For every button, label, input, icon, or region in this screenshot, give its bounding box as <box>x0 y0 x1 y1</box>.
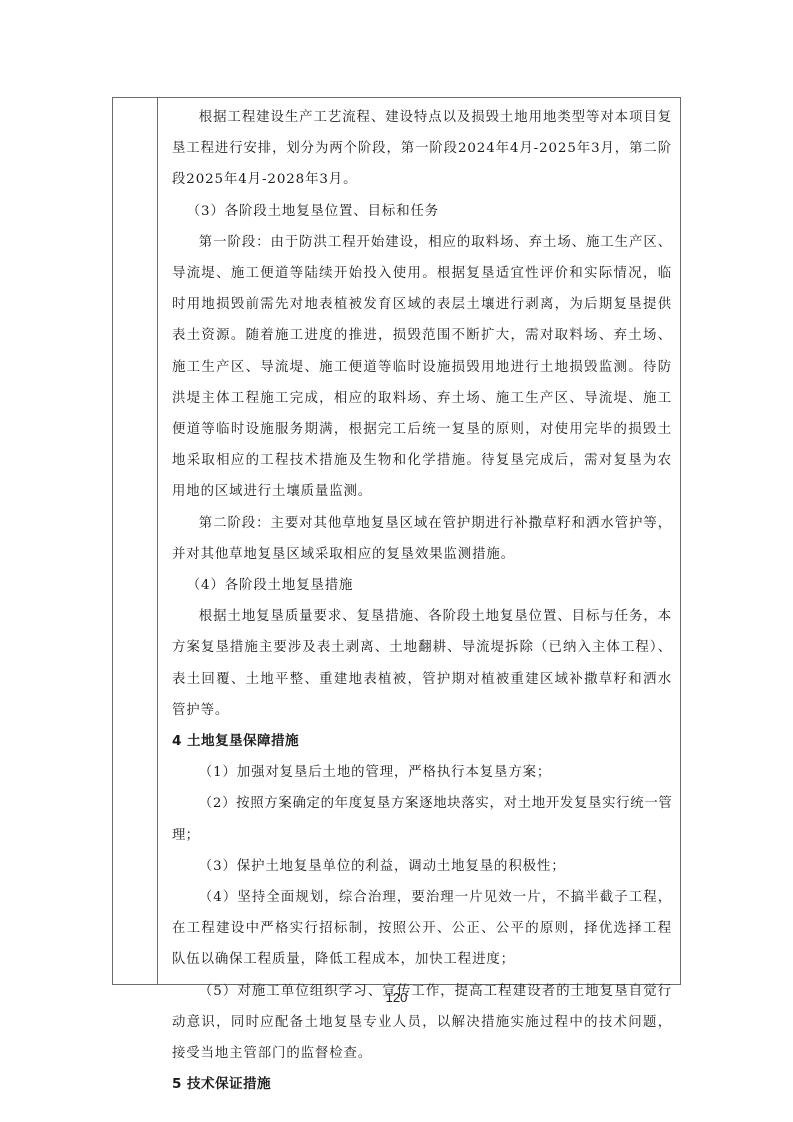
list-item-guarantee-2: （2）按照方案确定的年度复垦方案逐地块落实，对土地开发复垦实行统一管理； <box>172 788 672 850</box>
table-label-column <box>113 98 158 984</box>
paragraph-measures: 根据土地复垦质量要求、复垦措施、各阶段土地复垦位置、目标与任务，本方案复垦措施主… <box>172 601 672 726</box>
document-table: 根据工程建设生产工艺流程、建设特点以及损毁土地用地类型等对本项目复垦工程进行安排… <box>112 97 681 985</box>
list-item-guarantee-3: （3）保护土地复垦单位的利益，调动土地复垦的积极性； <box>172 851 672 882</box>
section-heading-guarantee-measures: 4 土地复垦保障措施 <box>172 726 672 757</box>
list-item-guarantee-1: （1）加强对复垦后土地的管理，严格执行本复垦方案； <box>172 757 672 788</box>
list-item-guarantee-4: （4）坚持全面规划，综合治理，要治理一片见效一片，不搞半截子工程，在工程建设中严… <box>172 882 672 976</box>
page-number: 120 <box>0 990 793 1005</box>
paragraph-stage-two: 第二阶段：主要对其他草地复垦区域在管护期进行补撒草籽和洒水管护等，并对其他草地复… <box>172 508 672 570</box>
subheading-stage-measures: （4）各阶段土地复垦措施 <box>172 570 672 601</box>
table-content-cell: 根据工程建设生产工艺流程、建设特点以及损毁土地用地类型等对本项目复垦工程进行安排… <box>158 98 680 984</box>
paragraph-stage-one: 第一阶段：由于防洪工程开始建设，相应的取料场、弃土场、施工生产区、导流堤、施工便… <box>172 227 672 508</box>
paragraph-schedule: 根据工程建设生产工艺流程、建设特点以及损毁土地用地类型等对本项目复垦工程进行安排… <box>172 102 672 196</box>
section-heading-technical-measures: 5 技术保证措施 <box>172 1069 672 1100</box>
subheading-stage-targets: （3）各阶段土地复垦位置、目标和任务 <box>172 196 672 227</box>
